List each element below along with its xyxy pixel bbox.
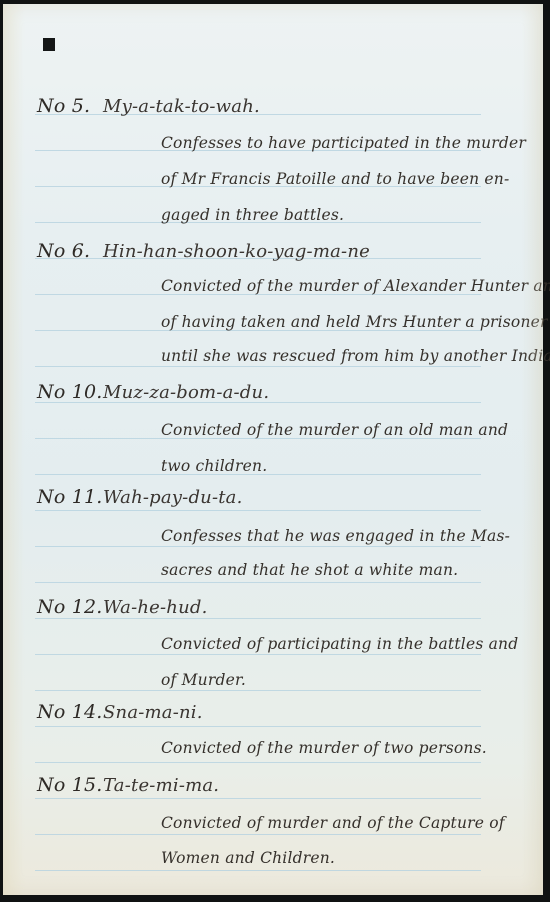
rule-line (35, 798, 481, 799)
entry-number: No 14. (37, 701, 103, 723)
entry-number: No 6. (37, 240, 103, 262)
entry-number: No 5. (37, 95, 103, 117)
entry-text-line: Convicted of murder and of the Capture o… (161, 814, 505, 832)
entry-text-line: Confesses that he was engaged in the Mas… (161, 527, 510, 545)
entry-heading: No 12.Wa-he-hud. (37, 596, 208, 618)
scan-background: No 5.My-a-tak-to-wah. Confesses to have … (0, 0, 550, 902)
rule-line (35, 690, 481, 691)
rule-line (35, 366, 481, 367)
entry-text-line: two children. (161, 457, 267, 475)
entry-text-line: until she was rescued from him by anothe… (161, 347, 550, 365)
entry-name: My-a-tak-to-wah. (103, 96, 260, 117)
entry-text-line: of Mr Francis Patoille and to have been … (161, 170, 509, 188)
punch-hole-mark (43, 38, 55, 51)
entry-name: Sna-ma-ni. (103, 702, 203, 723)
entry-heading: No 11.Wah-pay-du-ta. (37, 486, 243, 508)
entry-text-line: of Murder. (161, 671, 246, 689)
entry-heading: No 15.Ta-te-mi-ma. (37, 774, 219, 796)
entry-name: Wah-pay-du-ta. (103, 487, 243, 508)
entry-number: No 11. (37, 486, 103, 508)
rule-line (35, 546, 481, 547)
entry-name: Hin-han-shoon-ko-yag-ma-ne (103, 241, 370, 262)
entry-text-line: Convicted of the murder of two persons. (161, 739, 487, 757)
entry-text-line: Convicted of participating in the battle… (161, 635, 518, 653)
entry-number: No 10. (37, 381, 103, 403)
rule-line (35, 582, 481, 583)
entry-heading: No 10.Muz-za-bom-a-du. (37, 381, 269, 403)
entry-heading: No 6.Hin-han-shoon-ko-yag-ma-ne (37, 240, 370, 262)
entry-heading: No 5.My-a-tak-to-wah. (37, 95, 260, 117)
entry-name: Muz-za-bom-a-du. (103, 382, 269, 403)
rule-line (35, 726, 481, 727)
entry-number: No 12. (37, 596, 103, 618)
entry-heading: No 14.Sna-ma-ni. (37, 701, 203, 723)
entry-text-line: Convicted of the murder of Alexander Hun… (161, 277, 550, 295)
entry-text-line: gaged in three battles. (161, 206, 344, 224)
entry-number: No 15. (37, 774, 103, 796)
entry-text-line: Confesses to have participated in the mu… (161, 134, 526, 152)
rule-line (35, 762, 481, 763)
document-page: No 5.My-a-tak-to-wah. Confesses to have … (3, 4, 543, 895)
rule-line (35, 870, 481, 871)
entry-text-line: Convicted of the murder of an old man an… (161, 421, 508, 439)
entry-text-line: sacres and that he shot a white man. (161, 561, 458, 579)
rule-line (35, 510, 481, 511)
rule-line (35, 834, 481, 835)
entry-text-line: of having taken and held Mrs Hunter a pr… (161, 313, 548, 331)
rule-line (35, 618, 481, 619)
entry-name: Ta-te-mi-ma. (103, 775, 219, 796)
rule-line (35, 654, 481, 655)
entry-text-line: Women and Children. (161, 849, 335, 867)
entry-name: Wa-he-hud. (103, 597, 208, 618)
